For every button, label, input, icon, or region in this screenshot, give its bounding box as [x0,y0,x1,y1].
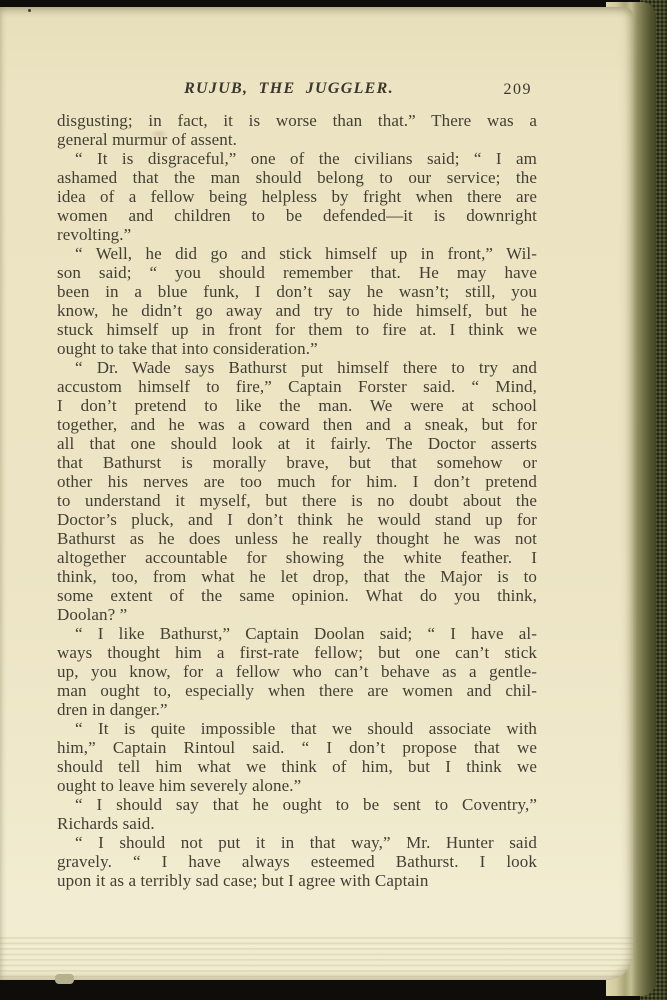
text-line: think, too, from what he let drop, that … [57,567,537,586]
text-line: man ought to, especially when there are … [57,681,537,700]
text-line: accustom himself to fire,” Captain Forst… [57,377,537,396]
text-line: up, you know, for a fellow who can’t beh… [57,662,537,681]
page-bottom-notch [55,974,74,984]
text-line: ought to leave him severely alone.” [57,776,537,795]
text-line: disgusting; in fact, it is worse than th… [57,111,537,130]
text-line: ashamed that the man should belong to ou… [57,168,537,187]
text-line: been in a blue funk, I don’t say he wasn… [57,282,537,301]
text-line: gravely. “ I have always esteemed Bathur… [57,852,537,871]
text-line: some extent of the same opinion. What do… [57,586,537,605]
text-line: Bathurst as he does unless he really tho… [57,529,537,548]
text-line: I don’t pretend to like the man. We were… [57,396,537,415]
text-line: “ Well, he did go and stick himself up i… [57,244,537,263]
text-line: Doolan? ” [57,605,537,624]
text-line: upon it as a terribly sad case; but I ag… [57,871,537,890]
text-line: ought to take that into consideration.” [57,339,537,358]
page-bottom-edges [0,934,633,980]
text-line: altogether accountable for showing the w… [57,548,537,567]
text-line: son said; “ you should remember that. He… [57,263,537,282]
scanned-book-photo: RUJUB, THE JUGGLER. 209 disgusting; in f… [0,0,667,1000]
text-line: stuck himself up in front for them to fi… [57,320,537,339]
text-line: ways thought him a first-rate fellow; bu… [57,643,537,662]
text-line: other his nerves are too much for him. I… [57,472,537,491]
page-header: RUJUB, THE JUGGLER. 209 [57,80,537,100]
page-speck [28,9,31,12]
text-line: know, he didn’t go away and try to hide … [57,301,537,320]
text-line: that Bathurst is morally brave, but that… [57,453,537,472]
page-smudge [150,129,168,139]
book-page: RUJUB, THE JUGGLER. 209 disgusting; in f… [0,7,633,980]
text-line: Doctor’s pluck, and I don’t think he wou… [57,510,537,529]
text-line: “ It is disgraceful,” one of the civilia… [57,149,537,168]
text-line: “ I should not put it in that way,” Mr. … [57,833,537,852]
text-line: women and children to be defended—it is … [57,206,537,225]
text-line: to understand it myself, but there is no… [57,491,537,510]
text-line: together, and he was a coward then and a… [57,415,537,434]
text-line: idea of a fellow being helpless by frigh… [57,187,537,206]
text-line: “ I like Bathurst,” Captain Doolan said;… [57,624,537,643]
text-line: revolting.” [57,225,537,244]
text-line: “ Dr. Wade says Bathurst put himself the… [57,358,537,377]
text-line: “ I should say that he ought to be sent … [57,795,537,814]
page-text: disgusting; in fact, it is worse than th… [57,111,537,890]
text-line: should tell him what we think of him, bu… [57,757,537,776]
page-number: 209 [504,81,533,99]
text-line: Richards said. [57,814,537,833]
text-line: dren in danger.” [57,700,537,719]
text-line: general murmur of assent. [57,130,537,149]
running-title: RUJUB, THE JUGGLER. [49,80,529,98]
text-line: “ It is quite impossible that we should … [57,719,537,738]
text-line: all that one should look at it fairly. T… [57,434,537,453]
text-line: him,” Captain Rintoul said. “ I don’t pr… [57,738,537,757]
